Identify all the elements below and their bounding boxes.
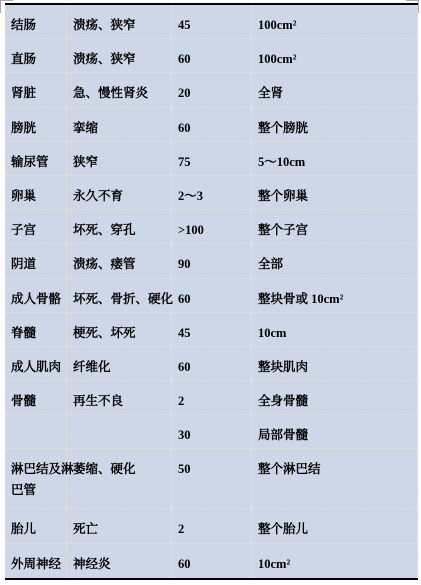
table-row: 肾脏 急、慢性肾炎 20 全肾	[5, 73, 418, 107]
cell-organ: 肾脏	[5, 73, 67, 106]
cell-dose: 45	[172, 5, 252, 38]
cell-volume: 整个膀胱	[252, 108, 418, 141]
table-row: 淋巴结及淋 巴管 萎缩、硬化 50 整个淋巴结	[5, 449, 418, 509]
cell-organ: 阴道	[5, 244, 67, 277]
cell-injury: 溃疡、狭窄	[67, 39, 172, 72]
cell-injury: 梗死、坏死	[67, 313, 172, 346]
cell-injury: 再生不良	[67, 381, 172, 414]
cell-dose: 60	[172, 108, 252, 141]
cell-organ: 骨髓	[5, 381, 67, 414]
cell-organ: 外周神经	[5, 544, 67, 578]
cell-volume: 整块肌肉	[252, 347, 418, 380]
cell-injury: 萎缩、硬化	[67, 449, 172, 508]
cell-organ: 输尿管	[5, 142, 67, 175]
table-row: 脊髓 梗死、坏死 45 10cm	[5, 313, 418, 347]
cell-organ	[5, 415, 67, 448]
cell-organ: 卵巢	[5, 176, 67, 209]
cell-dose: 60	[172, 544, 252, 578]
cell-organ: 直肠	[5, 39, 67, 72]
cell-organ: 膀胱	[5, 108, 67, 141]
table-row: 卵巢 永久不育 2～3 整个卵巢	[5, 176, 418, 210]
cell-volume: 局部骨髓	[252, 415, 418, 448]
cell-organ: 胎儿	[5, 509, 67, 542]
cell-organ: 子宫	[5, 210, 67, 243]
table-row: 胎儿 死亡 2 整个胎儿	[5, 509, 418, 543]
cell-injury: 纤维化	[67, 347, 172, 380]
cell-volume: 整个卵巢	[252, 176, 418, 209]
cell-volume: 全身骨髓	[252, 381, 418, 414]
cell-injury: 挛缩	[67, 108, 172, 141]
table-row: 成人骨骼 坏死、骨折、硬化 60 整块骨或 10cm²	[5, 279, 418, 313]
cell-dose: >100	[172, 210, 252, 243]
cell-injury: 坏死、穿孔	[67, 210, 172, 243]
cell-dose: 60	[172, 39, 252, 72]
cell-dose: 75	[172, 142, 252, 175]
cell-injury: 坏死、骨折、硬化	[67, 279, 172, 312]
table-row: 膀胱 挛缩 60 整个膀胱	[5, 108, 418, 142]
cell-volume: 整个胎儿	[252, 509, 418, 542]
table-row: 30 局部骨髓	[5, 415, 418, 449]
document-page: 结肠 溃疡、狭窄 45 100cm² 直肠 溃疡、狭窄 60 100cm² 肾脏…	[0, 0, 421, 585]
organ-tolerance-table: 结肠 溃疡、狭窄 45 100cm² 直肠 溃疡、狭窄 60 100cm² 肾脏…	[5, 3, 418, 580]
cell-injury: 急、慢性肾炎	[67, 73, 172, 106]
cell-dose: 60	[172, 279, 252, 312]
cell-volume: 10cm	[252, 313, 418, 346]
table-row: 骨髓 再生不良 2 全身骨髓	[5, 381, 418, 415]
cell-dose: 45	[172, 313, 252, 346]
table-row: 直肠 溃疡、狭窄 60 100cm²	[5, 39, 418, 73]
cell-volume: 10cm²	[252, 544, 418, 578]
cell-volume: 100cm²	[252, 39, 418, 72]
cell-organ: 脊髓	[5, 313, 67, 346]
cell-dose: 50	[172, 449, 252, 508]
cell-injury: 溃疡、瘘管	[67, 244, 172, 277]
cell-dose: 20	[172, 73, 252, 106]
table-row: 输尿管 狭窄 75 5～10cm	[5, 142, 418, 176]
cell-volume: 100cm²	[252, 5, 418, 38]
cell-volume: 整个子宫	[252, 210, 418, 243]
cell-organ: 成人肌肉	[5, 347, 67, 380]
cell-injury: 死亡	[67, 509, 172, 542]
table-row: 子宫 坏死、穿孔 >100 整个子宫	[5, 210, 418, 244]
cell-injury: 永久不育	[67, 176, 172, 209]
cell-dose: 30	[172, 415, 252, 448]
cell-volume: 整块骨或 10cm²	[252, 279, 418, 312]
table-row: 成人肌肉 纤维化 60 整块肌肉	[5, 347, 418, 381]
table-row: 阴道 溃疡、瘘管 90 全部	[5, 244, 418, 278]
table-row: 外周神经 神经炎 60 10cm²	[5, 544, 418, 578]
cell-organ: 成人骨骼	[5, 279, 67, 312]
cell-dose: 90	[172, 244, 252, 277]
cell-dose: 2	[172, 509, 252, 542]
cell-dose: 2～3	[172, 176, 252, 209]
cell-volume: 全肾	[252, 73, 418, 106]
table-row: 结肠 溃疡、狭窄 45 100cm²	[5, 5, 418, 39]
cell-injury: 神经炎	[67, 544, 172, 578]
cell-injury	[67, 415, 172, 448]
cell-volume: 全部	[252, 244, 418, 277]
cell-dose: 2	[172, 381, 252, 414]
cell-organ: 结肠	[5, 5, 67, 38]
cell-injury: 狭窄	[67, 142, 172, 175]
cell-volume: 整个淋巴结	[252, 449, 418, 508]
cell-volume: 5～10cm	[252, 142, 418, 175]
cell-injury: 溃疡、狭窄	[67, 5, 172, 38]
cell-organ: 淋巴结及淋 巴管	[5, 449, 67, 508]
cell-dose: 60	[172, 347, 252, 380]
